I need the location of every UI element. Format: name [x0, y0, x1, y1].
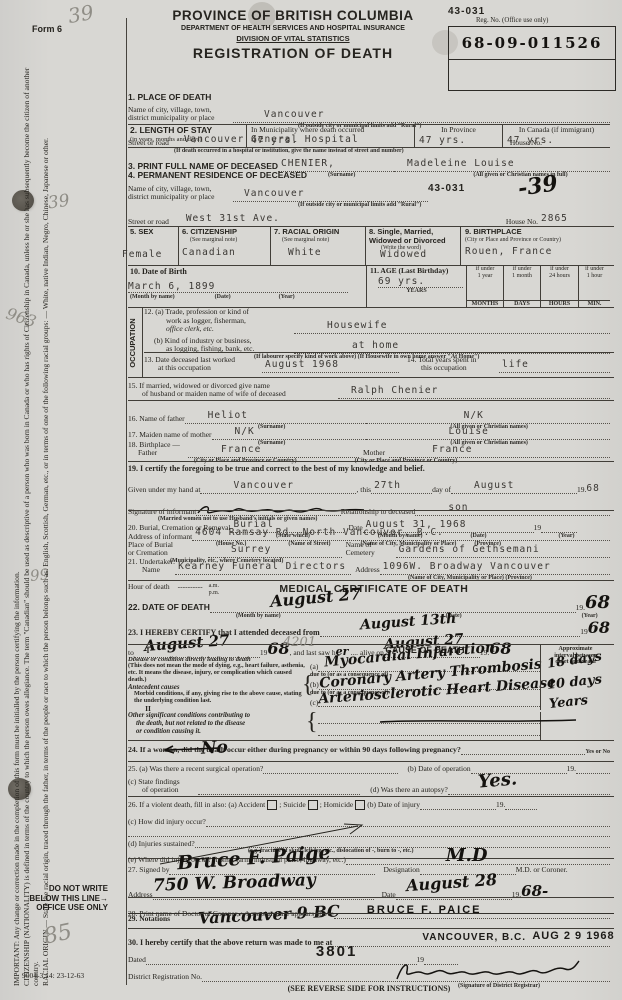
s22-year-handwritten: 68	[585, 592, 610, 613]
s11-title: 11. AGE (Last Birthday)	[370, 267, 463, 276]
s1-title: 1. PLACE OF DEATH	[128, 93, 610, 103]
s6-value: Canadian	[182, 247, 267, 258]
s25d-answer-handwritten: Yes.	[477, 768, 518, 792]
s11-col-min: if under1 hour MIN.	[578, 266, 610, 307]
s3-given-names: Madeleine Louise	[407, 158, 515, 169]
marginal-citizenship: CITIZENSHIP (NATIONALITY) is defined in …	[22, 58, 40, 986]
cause-b-interval-handwritten: 10 days	[546, 672, 602, 693]
s5-title: 5. SEX	[130, 228, 176, 237]
s13-value: August 1968	[265, 359, 339, 370]
s19-place: Vancouver	[233, 480, 293, 491]
sections-10-11: 10. Date of Birth March 6, 1899 (Month b…	[128, 266, 614, 308]
s26-label: 26. If a violent death, fill in also: (a…	[128, 801, 265, 810]
s27-address-handwritten: 750 W. Broadway	[152, 870, 315, 896]
s20-date-value: August 31, 1968	[366, 519, 467, 530]
reg-no-box: 68-09-011526	[448, 26, 616, 91]
s14-value: life	[502, 359, 529, 370]
section-4-permanent-residence: 4. PERMANENT RESIDENCE OF DECEASED 43-03…	[128, 171, 614, 227]
reg-no-label: Reg. No. (Office use only)	[476, 17, 616, 25]
division-title: DIVISION OF VITAL STATISTICS	[128, 34, 458, 43]
s19-given-at-label: Given under my hand at	[128, 486, 200, 495]
s4-house-value: 2865	[541, 213, 568, 224]
marginal-racial-origin: RACIAL ORIGIN — State the racial origin,…	[41, 58, 50, 986]
s30-label: 30. I hereby certify that the above retu…	[128, 938, 332, 947]
s18-mother-label: Mother	[363, 449, 385, 458]
footer: (SEE REVERSE SIDE FOR INSTRUCTIONS)	[128, 984, 614, 993]
cause-of-death-block: I Disease or condition directly leading …	[128, 644, 614, 710]
s9-note: (City or Place and Province or Country)	[465, 237, 606, 243]
section-24: 24. If a woman, did the death occur eith…	[128, 740, 614, 755]
s11-col-months: if under1 year MONTHS	[466, 266, 503, 307]
s1-city-value: Vancouver	[264, 109, 324, 120]
s9-value: Rouen, France	[465, 246, 606, 257]
s20-cemetery-value: Gardens of Gethsemani	[399, 544, 540, 555]
marginal-important: IMPORTANT: Any change or correction made…	[12, 58, 21, 986]
date-received-stamp: AUG 2 9 1968	[532, 930, 614, 942]
s18-father-value: France	[221, 444, 261, 455]
department-title: DEPARTMENT OF HEALTH SERVICES AND HOSPIT…	[128, 25, 458, 32]
s29-label: 29. Notations	[128, 915, 610, 924]
s17-surname: N/K	[235, 426, 255, 437]
s19-year: 68	[586, 483, 599, 494]
homicide-checkbox	[355, 800, 365, 810]
section-21: 21. Undertaker: Name Kearney Funeral Dir…	[128, 556, 614, 581]
s30-district-label: District Registration No.	[128, 973, 202, 982]
s12b-value: at home	[352, 340, 399, 351]
pen-stroke-mark	[378, 717, 578, 725]
s7-title: 7. RACIAL ORIGIN	[274, 228, 362, 237]
s4-code-handwritten: -39	[516, 170, 559, 201]
s2-sub: (in years, months and days)	[130, 136, 244, 143]
suicide-checkbox	[308, 800, 318, 810]
s19-month: August	[474, 480, 514, 491]
form-number: Form 6	[32, 24, 62, 34]
s8-value: Widowed	[380, 249, 427, 260]
s10-value: March 6, 1899	[128, 281, 348, 293]
s21-address-label: Address	[355, 566, 380, 575]
s15-value: Ralph Chenier	[351, 385, 438, 396]
s23-from-year-handwritten: 68	[588, 618, 610, 637]
arrow-right-icon: →	[100, 894, 108, 903]
s6-note: (See marginal note)	[190, 237, 267, 243]
s7-note: (See marginal note)	[282, 237, 362, 243]
s2-col1-label: In Municipality where death occurred	[251, 126, 410, 135]
death-registration-scan: 39 Form 6 39 963 99 IMPORTANT: Any chang…	[0, 0, 622, 1000]
s2-col3-label: In Canada (if immigrant)	[507, 126, 606, 135]
s6-title: 6. CITIZENSHIP	[182, 228, 267, 237]
occupation-vertical-label: OCCUPATION	[128, 308, 143, 378]
section-2-length-of-stay: 2. LENGTH OF STAY (in years, months and …	[128, 124, 614, 148]
s7-value: White	[288, 247, 362, 258]
s10-title: 10. Date of Birth	[130, 267, 364, 276]
s18-mother-value: France	[432, 444, 472, 455]
s18-label: 18. Birthplace —	[128, 441, 188, 450]
s30-dated-label: Dated	[128, 956, 146, 965]
section-29: 29. Notations	[128, 913, 614, 924]
marginal-notes: IMPORTANT: Any change or correction made…	[12, 58, 88, 986]
s24-yesno-note: Yes or No	[585, 749, 610, 755]
reg-no-value: 68-09-011526	[462, 34, 603, 52]
s2-col3-value: 47 yrs.	[507, 135, 606, 146]
s21-address-value: 1096W. Broadway Vancouver	[383, 561, 551, 572]
pm-label: p.m.	[209, 590, 220, 597]
s26b-label: (b) Date of injury	[367, 801, 420, 810]
accident-checkbox	[267, 800, 277, 810]
s27-designation-label: Designation	[383, 866, 419, 875]
section-25: 25. (a) Was there a recent surgical oper…	[128, 761, 614, 795]
registration-number-block: 43-031 Reg. No. (Office use only) 68-09-…	[448, 6, 616, 91]
place-stamp: VANCOUVER, B.C.	[422, 932, 526, 943]
s5-value: Female	[122, 249, 176, 260]
form-title: REGISTRATION OF DEATH	[128, 45, 458, 61]
s4-code: 43-031	[428, 183, 465, 194]
s19-day: 27th	[374, 480, 401, 491]
sections-13-14: 13. Date deceased last worked at this oc…	[144, 352, 614, 373]
s11-col-days: if under1 month DAYS	[503, 266, 540, 307]
s2-col2-label: In Province	[419, 126, 498, 135]
s17-given: Louise	[449, 426, 489, 437]
s16-surname: Heliot	[208, 410, 248, 421]
s27-designation-handwritten: M.D	[446, 845, 488, 866]
other-significant-conditions: Other significant conditions contributin…	[128, 712, 614, 740]
cause-c-interval-handwritten: Years	[548, 693, 588, 712]
s9-title: 9. BIRTHPLACE	[465, 228, 606, 237]
province-title: PROVINCE OF BRITISH COLUMBIA	[128, 8, 458, 23]
other-conditions-label: Other significant conditions contributin…	[128, 712, 310, 720]
s25d-label: (d) Was there an autopsy?	[370, 786, 448, 795]
s2-col2-value: 47 yrs.	[419, 135, 498, 146]
s11-col-hours: if under24 hours HOURS	[540, 266, 578, 307]
s22-label: 22. DATE OF DEATH	[128, 603, 210, 613]
section-26: 26. If a violent death, fill in also: (a…	[128, 796, 614, 810]
s20-date-label: Date	[348, 524, 362, 533]
form-left-border	[126, 18, 127, 985]
sections-5-to-9: 5. SEX Female 6. CITIZENSHIP (See margin…	[128, 226, 614, 266]
pen-arrow-left	[161, 744, 221, 754]
brace-icon-2: {	[306, 712, 318, 734]
s16-given: N/K	[464, 410, 484, 421]
s11-value: 69 yrs.	[378, 276, 463, 288]
s25a-label: 25. (a) Was there a recent surgical oper…	[128, 765, 263, 774]
see-reverse-note: (SEE REVERSE SIDE FOR INSTRUCTIONS)	[128, 984, 610, 993]
cause-c-label: (c)	[310, 699, 318, 708]
s27-signed-label: 27. Signed by	[128, 866, 169, 875]
s2-title: 2. LENGTH OF STAY	[130, 126, 244, 136]
do-not-write-notice: DO NOT WRITE BELOW THIS LINE→ OFFICE USE…	[4, 884, 108, 913]
medical-certificate-header: Hour of death ---------- a.m. p.m. MEDIC…	[128, 580, 614, 596]
form-print-code: 9004-3.14: 23-12-63	[22, 972, 84, 981]
registrar-signature-scrawl	[393, 957, 583, 983]
s20-type-value: Burial	[233, 519, 273, 530]
s27-md-coroner-note: M.D. or Coroner.	[516, 866, 568, 875]
section-15: 15. If married, widowed or divorced give…	[128, 377, 614, 399]
s4-city-value: Vancouver	[244, 188, 304, 199]
s20-label: 20. Burial, Cremation or Removal	[128, 524, 230, 533]
hour-of-death-label: Hour of death	[128, 583, 170, 592]
am-label: a.m.	[209, 583, 220, 590]
pencil-mark-39-top: 39	[66, 0, 95, 28]
reg-no-empty-cell	[449, 60, 615, 90]
s21-name-value: Kearney Funeral Directors	[178, 561, 346, 572]
s25b-label: (b) Date of operation	[408, 765, 471, 774]
s19-certify-text: 19. I certify the foregoing to be true a…	[128, 464, 610, 473]
s4-street-value: West 31st Ave.	[186, 213, 280, 224]
s2-col1-value: 47 yrs.	[251, 135, 410, 146]
cause-roman-one: I	[128, 647, 168, 656]
cause-a-label: (a)	[310, 663, 318, 672]
s3-surname: CHENIER,	[281, 158, 335, 169]
form-code: 43-031	[448, 6, 616, 17]
brace-icon: {	[302, 675, 314, 697]
section-30: 30. I hereby certify that the above retu…	[128, 928, 614, 989]
s10-month-note: (Month by name)	[130, 294, 175, 300]
district-reg-no-stamp: 3801	[316, 943, 357, 960]
s20-place-value: Surrey	[231, 544, 271, 555]
s12a-value: Housewife	[327, 320, 387, 331]
